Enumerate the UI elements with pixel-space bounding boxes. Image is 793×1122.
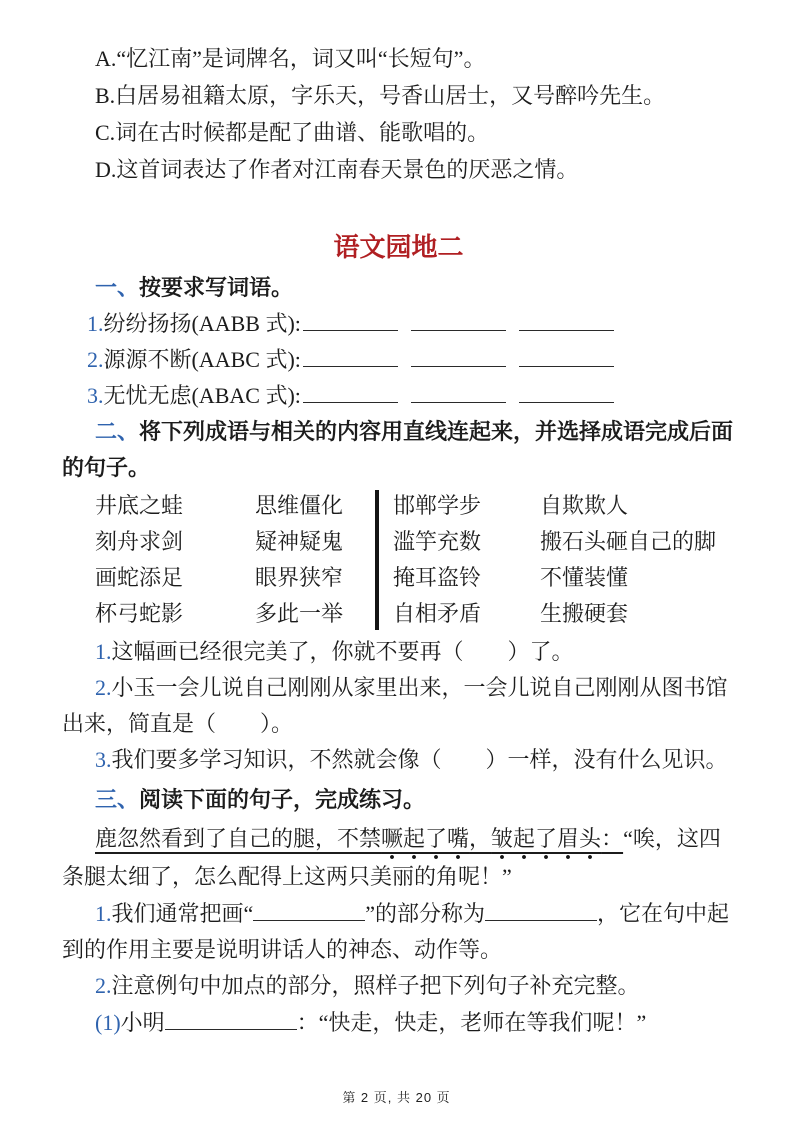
idiom[interactable]: 刻舟求剑 [95,524,255,560]
item-label: 无忧无虑(ABAC 式): [104,383,301,408]
section3-question-1: 1.我们通常把画“”的部分称为，它在句中起到的作用主要是说明讲话人的神态、动作等… [62,896,735,968]
underlined-segment: 鹿忽然看到了自己的腿，不禁噘起了嘴，皱起了眉头： [95,826,623,860]
option-d: D.这首词表达了作者对江南春天景色的厌恶之情。 [62,151,735,188]
question-text: 小玉一会儿说自己刚刚从家里出来，一会儿说自己刚刚从图书馆出来，简直是（ ）。 [62,675,728,736]
meaning[interactable]: 多此一举 [255,596,375,632]
section3-number: 三、 [95,787,139,812]
section1-heading: 一、按要求写词语。 [62,270,735,306]
section3-heading-text: 阅读下面的句子，完成练习。 [139,787,425,812]
answer-blank[interactable] [485,901,597,921]
item-label: 源源不断(AABC 式): [104,347,301,372]
question-number: 2. [95,973,112,998]
question-number: 3. [95,747,112,772]
idiom[interactable]: 自相矛盾 [393,596,540,632]
question-number: 2. [95,675,112,700]
word-item-3: 3.无忧无虑(ABAC 式): [62,378,735,414]
page-title: 语文园地二 [62,232,735,264]
answer-blank[interactable] [519,311,614,331]
answer-blank[interactable] [411,311,506,331]
match-right-idioms: 邯郸学步 滥竽充数 掩耳盗铃 自相矛盾 [393,488,540,632]
section2-number: 二、 [95,419,139,444]
question-number: 1. [95,901,112,926]
answer-blank[interactable] [303,383,398,403]
meaning[interactable]: 疑神疑鬼 [255,524,375,560]
match-left-idioms: 井底之蛙 刻舟求剑 画蛇添足 杯弓蛇影 [95,488,255,632]
question-text: 小明 [121,1010,165,1035]
section3-heading: 三、阅读下面的句子，完成练习。 [62,782,735,818]
answer-blank[interactable] [165,1010,297,1030]
match-right-meanings: 自欺欺人 搬石头砸自己的脚 不懂装懂 生搬硬套 [540,488,735,632]
idiom-match-table: 井底之蛙 刻舟求剑 画蛇添足 杯弓蛇影 思维僵化 疑神疑鬼 眼界狭窄 多此一举 … [62,488,735,632]
question-text: 这幅画已经很完美了，你就不要再（ ）了。 [112,639,574,664]
answer-blank[interactable] [411,383,506,403]
idiom[interactable]: 井底之蛙 [95,488,255,524]
emphasized-part: 皱起了眉头 [491,826,601,860]
table-divider [375,490,379,630]
emphasized-part: 噘起了嘴 [381,826,469,860]
idiom[interactable]: 画蛇添足 [95,560,255,596]
section1-number: 一、 [95,275,139,300]
answer-blank[interactable] [411,347,506,367]
meaning[interactable]: 思维僵化 [255,488,375,524]
intro-options: A.“忆江南”是词牌名，词又叫“长短句”。 B.白居易祖籍太原，字乐天，号香山居… [62,40,735,188]
answer-blank[interactable] [303,347,398,367]
section3-question-2-sub1: (1)小明：“快走，快走，老师在等我们呢！” [62,1004,735,1042]
item-number: 2. [87,347,104,372]
idiom[interactable]: 滥竽充数 [393,524,540,560]
item-number: 3. [87,383,104,408]
question-number: (1) [95,1010,121,1035]
meaning[interactable]: 眼界狭窄 [255,560,375,596]
section3-question-2: 2.注意例句中加点的部分，照样子把下列句子补充完整。 [62,968,735,1004]
answer-blank[interactable] [253,901,365,921]
idiom[interactable]: 邯郸学步 [393,488,540,524]
section2-question-1: 1.这幅画已经很完美了，你就不要再（ ）了。 [62,634,735,670]
word-item-2: 2.源源不断(AABC 式): [62,342,735,378]
option-c: C.词在古时候都是配了曲谱、能歌唱的。 [62,114,735,151]
sentence-part: 鹿忽然看到了自己的腿，不禁 [95,826,381,851]
question-number: 1. [95,639,112,664]
answer-blank[interactable] [303,311,398,331]
section2-question-2: 2.小玉一会儿说自己刚刚从家里出来，一会儿说自己刚刚从图书馆出来，简直是（ ）。 [62,670,735,742]
item-number: 1. [87,311,104,336]
example-sentence: 鹿忽然看到了自己的腿，不禁噘起了嘴，皱起了眉头：“唉，这四条腿太细了，怎么配得上… [62,820,735,896]
item-label: 纷纷扬扬(AABB 式): [104,311,301,336]
match-left-meanings: 思维僵化 疑神疑鬼 眼界狭窄 多此一举 [255,488,375,632]
question-text: 注意例句中加点的部分，照样子把下列句子补充完整。 [112,973,640,998]
option-a: A.“忆江南”是词牌名，词又叫“长短句”。 [62,40,735,77]
page-footer: 第 2 页, 共 20 页 [0,1087,793,1106]
option-b: B.白居易祖籍太原，字乐天，号香山居士，又号醉吟先生。 [62,77,735,114]
meaning[interactable]: 生搬硬套 [540,596,735,632]
section1-heading-text: 按要求写词语。 [139,275,293,300]
answer-blank[interactable] [519,347,614,367]
sentence-part: ， [469,826,491,851]
meaning[interactable]: 不懂装懂 [540,560,735,596]
section2-heading: 二、将下列成语与相关的内容用直线连起来，并选择成语完成后面的句子。 [62,414,735,486]
idiom[interactable]: 杯弓蛇影 [95,596,255,632]
question-text: 我们通常把画“ [112,901,254,926]
question-text: 我们要多学习知识，不然就会像（ ）一样，没有什么见识。 [112,747,728,772]
section2-heading-text: 将下列成语与相关的内容用直线连起来，并选择成语完成后面的句子。 [62,419,733,480]
section2-question-3: 3.我们要多学习知识，不然就会像（ ）一样，没有什么见识。 [62,742,735,778]
idiom[interactable]: 掩耳盗铃 [393,560,540,596]
sentence-part: ： [601,826,623,851]
meaning[interactable]: 自欺欺人 [540,488,735,524]
question-text: ：“快走，快走，老师在等我们呢！” [297,1010,647,1035]
meaning[interactable]: 搬石头砸自己的脚 [540,524,735,560]
worksheet-page: A.“忆江南”是词牌名，词又叫“长短句”。 B.白居易祖籍太原，字乐天，号香山居… [0,0,793,1122]
question-text: ”的部分称为 [365,901,485,926]
answer-blank[interactable] [519,383,614,403]
word-item-1: 1.纷纷扬扬(AABB 式): [62,306,735,342]
